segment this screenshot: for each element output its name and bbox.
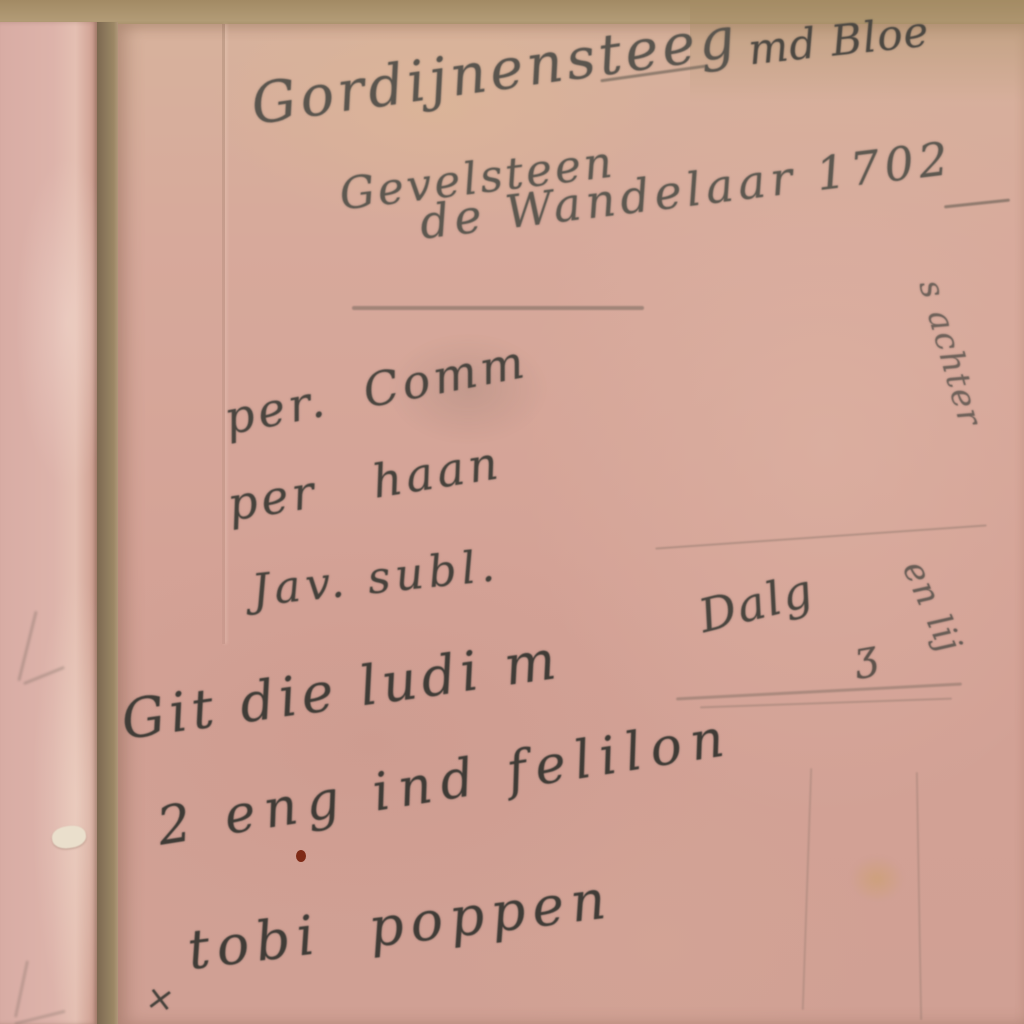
- manuscript-photo: md Bloe Gordijnensteeg Gevelsteen de Wan…: [0, 0, 1024, 1024]
- page-crease: [222, 24, 225, 644]
- previous-page-edge: [0, 22, 97, 1024]
- red-ink-dot: [296, 850, 306, 862]
- paper-chip: [51, 824, 88, 851]
- show-through-mark: [14, 960, 29, 1017]
- show-through-mark: [23, 666, 65, 685]
- gutter-shadow: [97, 22, 118, 1024]
- corner-mark-handwriting: ×: [144, 980, 177, 1018]
- show-through-mark: [14, 1010, 65, 1024]
- yellow-stain: [850, 856, 904, 902]
- show-through-mark: [17, 611, 37, 682]
- title-underline: [352, 306, 644, 310]
